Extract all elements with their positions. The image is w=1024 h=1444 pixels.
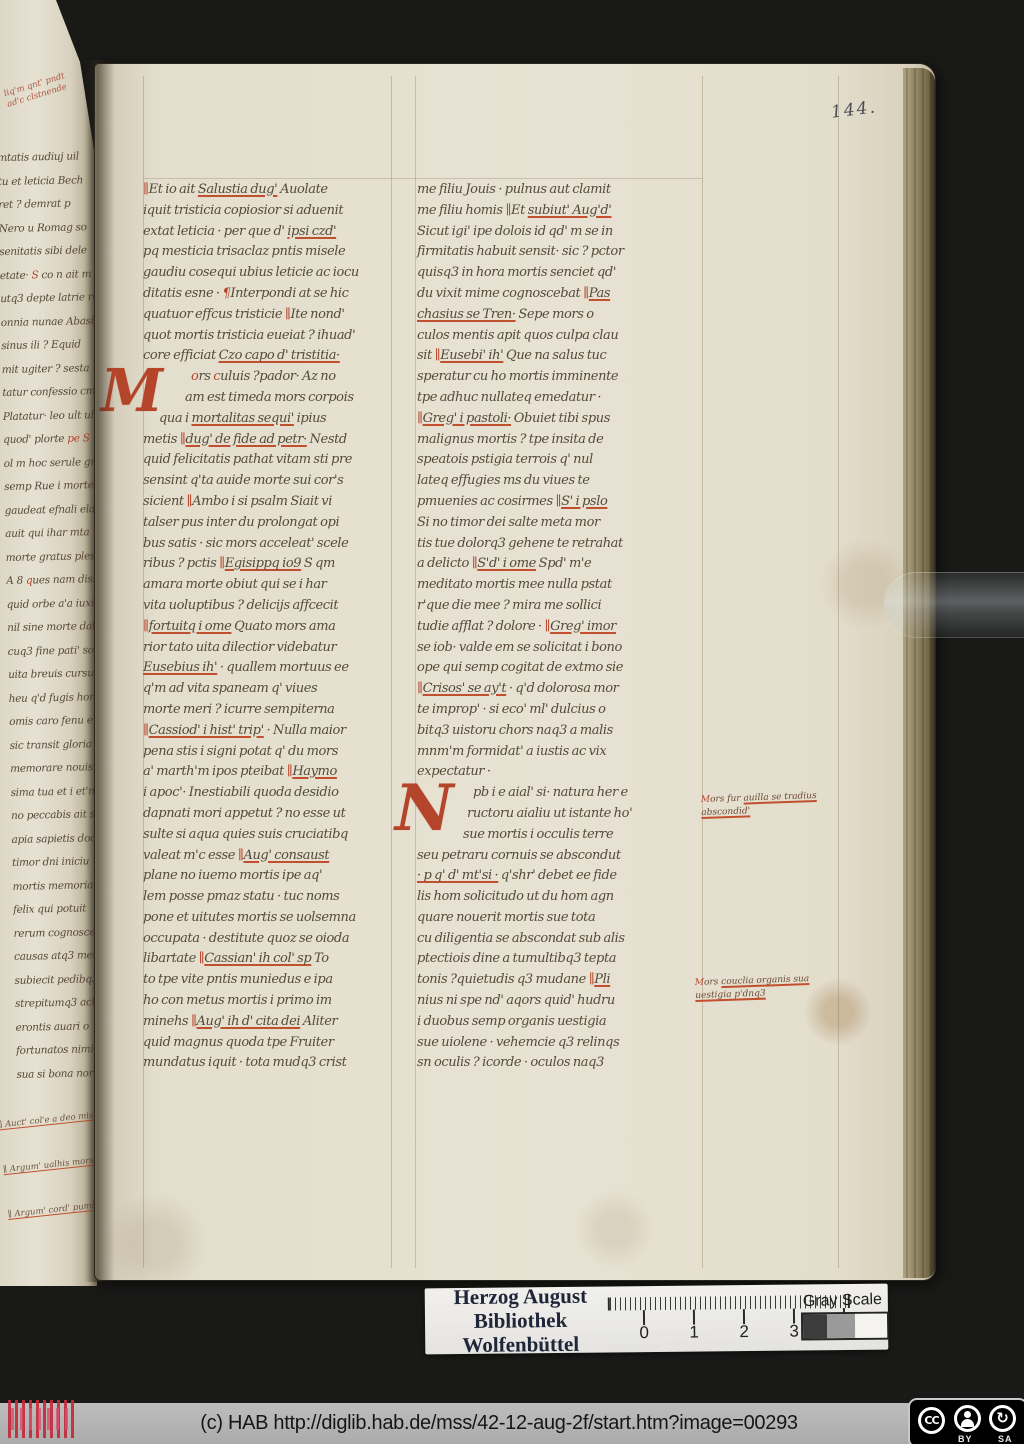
- manuscript-line: nius ni spe nd' aqors quid' hudru: [417, 993, 709, 1014]
- facing-page-line: ret ? demrat p: [0, 192, 95, 218]
- book-gutter-shadow: [84, 60, 114, 1282]
- manuscript-line: bus satis · sic mors acceleat' scele: [143, 536, 395, 557]
- cc-sa-label: SA: [998, 1434, 1013, 1444]
- text-column-1: ∥Et io ait Salustia dug' Auolateiquit tr…: [143, 182, 395, 1076]
- manuscript-line: a delicto ∥S'd' i ome Spd' m'e: [417, 556, 709, 577]
- gray-scale-label: Gray Scale: [802, 1291, 882, 1311]
- manuscript-line: q'm ad vita spaneam q' viues: [143, 681, 395, 702]
- manuscript-line: occupata · destitute quoz se oioda: [143, 931, 395, 952]
- library-name-line1: Herzog August Bibliothek: [433, 1284, 609, 1334]
- barcode-bars: [11, 1408, 71, 1430]
- manuscript-line: pmuenies ac cosirmes ∥S' i pslo: [417, 494, 709, 515]
- manuscript-line: extat leticia · per que d' ipsi czd': [143, 224, 395, 245]
- page-block-edges: [903, 68, 935, 1278]
- facing-page-line: Nero u Romag so: [0, 216, 95, 242]
- manuscript-line: mnm'm formidat' a iustis ac vix: [417, 744, 709, 765]
- manuscript-line: libartate ∥Cassian' ih col' sp To: [143, 951, 395, 972]
- manuscript-line: ptectiois dine a tumultibq3 tepta: [417, 951, 709, 972]
- manuscript-page: 144. ∥Et io ait Salustia dug' Auolateiqu…: [95, 64, 935, 1280]
- text-column-2: me filiu Jouis · pulnus aut clamitme fil…: [417, 182, 709, 1076]
- gray-swatch: [827, 1314, 855, 1338]
- manuscript-line: tis tue dolorq3 gehene te retrahat: [417, 536, 709, 557]
- manuscript-line: ructoru aialiu ut istante ho': [417, 806, 709, 827]
- manuscript-line: to tpe vite pntis muniedus e ipa: [143, 972, 395, 993]
- cc-logo-icon: CC: [918, 1407, 945, 1434]
- ruler-tick-label: 0: [634, 1323, 654, 1343]
- cc-by-person-icon: [954, 1405, 981, 1432]
- facing-page-line: senitatis sibi dele: [0, 239, 96, 265]
- manuscript-line: seu petraru cornuis se abscondut: [417, 848, 709, 869]
- manuscript-line: ∥Et io ait Salustia dug' Auolate: [143, 182, 395, 203]
- manuscript-line: a' marth'm ipos pteibat ∥Haymo: [143, 764, 395, 785]
- manuscript-line: amara morte obiut qui se i har: [143, 577, 395, 598]
- manuscript-line: Sicut igi' ipe dolois id qd' m se in: [417, 224, 709, 245]
- manuscript-line: vita uoluptibus ? delicijs affcecit: [143, 598, 395, 619]
- manuscript-line: sue uiolene · vehemcie q3 relinqs: [417, 1035, 709, 1056]
- manuscript-line: rior tato uita dilectior videbatur: [143, 640, 395, 661]
- ruling-line: [838, 76, 839, 1268]
- ruler-tick-label: 2: [734, 1322, 754, 1342]
- manuscript-line: core efficiat Czo capo d' tristitia·: [143, 348, 395, 369]
- manuscript-line: quare nouerit mortis sue tota: [417, 910, 709, 931]
- manuscript-line: tpe adhuc nullateq emedatur ·: [417, 390, 709, 411]
- facing-page-line: mtatis audiuj uil: [0, 145, 94, 171]
- ruling-line: [143, 178, 703, 179]
- manuscript-line: quatuor effcus tristicie ∥Ite nond': [143, 307, 395, 328]
- facing-page-line: tu et leticia Bech: [0, 169, 94, 195]
- manuscript-line: i duobus semp organis uestigia: [417, 1014, 709, 1035]
- manuscript-line: du vixit mime cognoscebat ∥Pas: [417, 286, 709, 307]
- cc-sa-arrow-icon: ↻: [989, 1405, 1016, 1432]
- manuscript-line: te improp' · si eco' ml' dulcius o: [417, 702, 709, 723]
- facing-page-line: utq3 depte latrie ro: [0, 286, 96, 312]
- gray-swatch: [803, 1314, 827, 1338]
- manuscript-line: pone et uitutes mortis se uolsemna: [143, 910, 395, 931]
- manuscript-line: tonis ?quietudis q3 mudane ∥Pli: [417, 972, 709, 993]
- manuscript-line: sit ∥Eusebi' ih' Que na salus tuc: [417, 348, 709, 369]
- folio-number: 144.: [830, 97, 878, 122]
- manuscript-line: se iob· valde em se solicitat i bono: [417, 640, 709, 661]
- manuscript-line: me filiu homis ∥Et subiut' Aug'd': [417, 203, 709, 224]
- manuscript-line: ∥Cassiod' i hist' trip' · Nulla maior: [143, 723, 395, 744]
- manuscript-line: quot mortis tristicia eueiat ? ihuad': [143, 328, 395, 349]
- library-scale-bar: Herzog August Bibliothek Wolfenbüttel 01…: [425, 1284, 889, 1355]
- color-calibration-barcode: [6, 1396, 80, 1442]
- manuscript-line: sulte si aqua quies suis cruciatibq: [143, 827, 395, 848]
- gray-scale-target: Gray Scale: [799, 1291, 889, 1344]
- manuscript-line: am est timeda mors corpois: [143, 390, 395, 411]
- manuscript-line: firmitatis habuit sensit· sic ? pctor: [417, 244, 709, 265]
- manuscript-line: ∥Greg' i pastoli· Obuiet tibi spus: [417, 411, 709, 432]
- manuscript-line: ditatis esne · ¶Interpondi at se hic: [143, 286, 395, 307]
- facing-page-red-note: liq'm qnt' pndtad'c clstnende: [3, 63, 95, 110]
- manuscript-line: lis hom solicitudo ut du hom agn: [417, 889, 709, 910]
- manuscript-line: sensint q'ta auide morte sui cor's: [143, 473, 395, 494]
- manuscript-line: morte meri ? icurre sempiterna: [143, 702, 395, 723]
- manuscript-line: sn oculis ? icorde · oculos naq3: [417, 1055, 709, 1076]
- digitized-manuscript-scan: liq'm qnt' pndtad'c clstnende mtatis aud…: [0, 0, 1024, 1444]
- manuscript-line: ribus ? pctis ∥Egisippq io9 S qm: [143, 556, 395, 577]
- manuscript-line: speatois pstigia terrois q' nul: [417, 452, 709, 473]
- manuscript-line: i apoc'· Inestiabili quoda desidio: [143, 785, 395, 806]
- manuscript-line: · p q' d' mt'si · q'shr' debet ee fide: [417, 868, 709, 889]
- manuscript-line: ope qui semp cogitat de extmo sie: [417, 660, 709, 681]
- manuscript-line: quisq3 in hora mortis senciet qd': [417, 265, 709, 286]
- gray-scale-swatches: [801, 1312, 889, 1341]
- manuscript-line: plane no iuemo mortis ipe aq': [143, 868, 395, 889]
- manuscript-line: valeat m'c esse ∥Aug' consaust: [143, 848, 395, 869]
- manuscript-line: quid felicitatis pathat vitam sti pre: [143, 452, 395, 473]
- gray-swatch: [855, 1314, 887, 1338]
- page-holder-strip: [884, 572, 1024, 638]
- manuscript-line: tudie afflat ? dolore · ∥Greg' imor: [417, 619, 709, 640]
- manuscript-line: dapnati mori appetut ? no esse ut: [143, 806, 395, 827]
- cc-license-badge: CC ↻ BY SA: [908, 1398, 1024, 1444]
- manuscript-line: ors culuis ?pador· Az no: [143, 369, 395, 390]
- ruling-line: [415, 76, 416, 1268]
- manuscript-line: mundatus iquit · tota mudq3 crist: [143, 1055, 395, 1076]
- manuscript-line: gaudiu cosequi ubius leticie ac iocu: [143, 265, 395, 286]
- manuscript-line: lem posse pmaz statu · tuc noms: [143, 889, 395, 910]
- manuscript-line: ∥Crisos' se ay't · q'd dolorosa mor: [417, 681, 709, 702]
- facing-page-line: etate· S co n ait m: [0, 263, 96, 289]
- manuscript-line: metis ∥dug' de fide ad petr· Nestd: [143, 432, 395, 453]
- manuscript-line: sue mortis i occulis terre: [417, 827, 709, 848]
- manuscript-line: Si no timor dei salte meta mor: [417, 515, 709, 536]
- copyright-text: (c) HAB http://diglib.hab.de/mss/42-12-a…: [0, 1403, 1024, 1444]
- manuscript-line: pq mesticia trisaclaz pntis misele: [143, 244, 395, 265]
- manuscript-line: speratur cu ho mortis imminente: [417, 369, 709, 390]
- manuscript-line: ∥fortuitq i ome Quato mors ama: [143, 619, 395, 640]
- library-name: Herzog August Bibliothek Wolfenbüttel: [425, 1284, 609, 1358]
- manuscript-line: qua i mortalitas sequi' ipius: [143, 411, 395, 432]
- rubricated-initial: N: [395, 779, 453, 839]
- manuscript-line: culos mentis apit quos culpa clau: [417, 328, 709, 349]
- manuscript-line: sicient ∥Ambo i si psalm Siait vi: [143, 494, 395, 515]
- manuscript-line: expectatur ·: [417, 764, 709, 785]
- ruler-major-ticks: 01234: [608, 1291, 813, 1293]
- manuscript-line: me filiu Jouis · pulnus aut clamit: [417, 182, 709, 203]
- ruler-tick-label: 1: [684, 1323, 704, 1343]
- manuscript-line: pb i e aial' si· natura her e: [417, 785, 709, 806]
- manuscript-line: cu diligentia se abscondat sub alis: [417, 931, 709, 952]
- manuscript-line: pena stis i signi potat q' du mors: [143, 744, 395, 765]
- cc-by-label: BY: [958, 1434, 973, 1444]
- manuscript-line: ho con metus mortis i primo im: [143, 993, 395, 1014]
- margin-note-1: Mors fur auilla se tradiusabscondid': [701, 788, 877, 820]
- manuscript-line: meditato mortis mee nulla pstat: [417, 577, 709, 598]
- manuscript-line: bitq3 uistoru chors naq3 a malis: [417, 723, 709, 744]
- manuscript-line: r'que die mee ? mira me sollici: [417, 598, 709, 619]
- manuscript-line: chasius se Tren· Sepe mors o: [417, 307, 709, 328]
- margin-note-2: Mors couclia organis suauestigia p'dnq3: [695, 971, 871, 1003]
- manuscript-line: talser pus inter du prolongat opi: [143, 515, 395, 536]
- manuscript-line: Eusebius ih' · quallem mortuus ee: [143, 660, 395, 681]
- copyright-strip: (c) HAB http://diglib.hab.de/mss/42-12-a…: [0, 1403, 1024, 1444]
- manuscript-line: minehs ∥Aug' ih d' cita dei Aliter: [143, 1014, 395, 1035]
- facing-page-line: onnia nunae Abash: [1, 310, 97, 336]
- manuscript-line: malignus mortis ? tpe insita de: [417, 432, 709, 453]
- manuscript-line: lateq effugies ms du viues te: [417, 473, 709, 494]
- library-name-line2: Wolfenbüttel: [433, 1332, 608, 1358]
- manuscript-line: iquit tristicia copiosior si aduenit: [143, 203, 395, 224]
- manuscript-line: quid magnus quoda tpe Fruiter: [143, 1035, 395, 1056]
- centimeter-ruler: 01234: [608, 1291, 813, 1345]
